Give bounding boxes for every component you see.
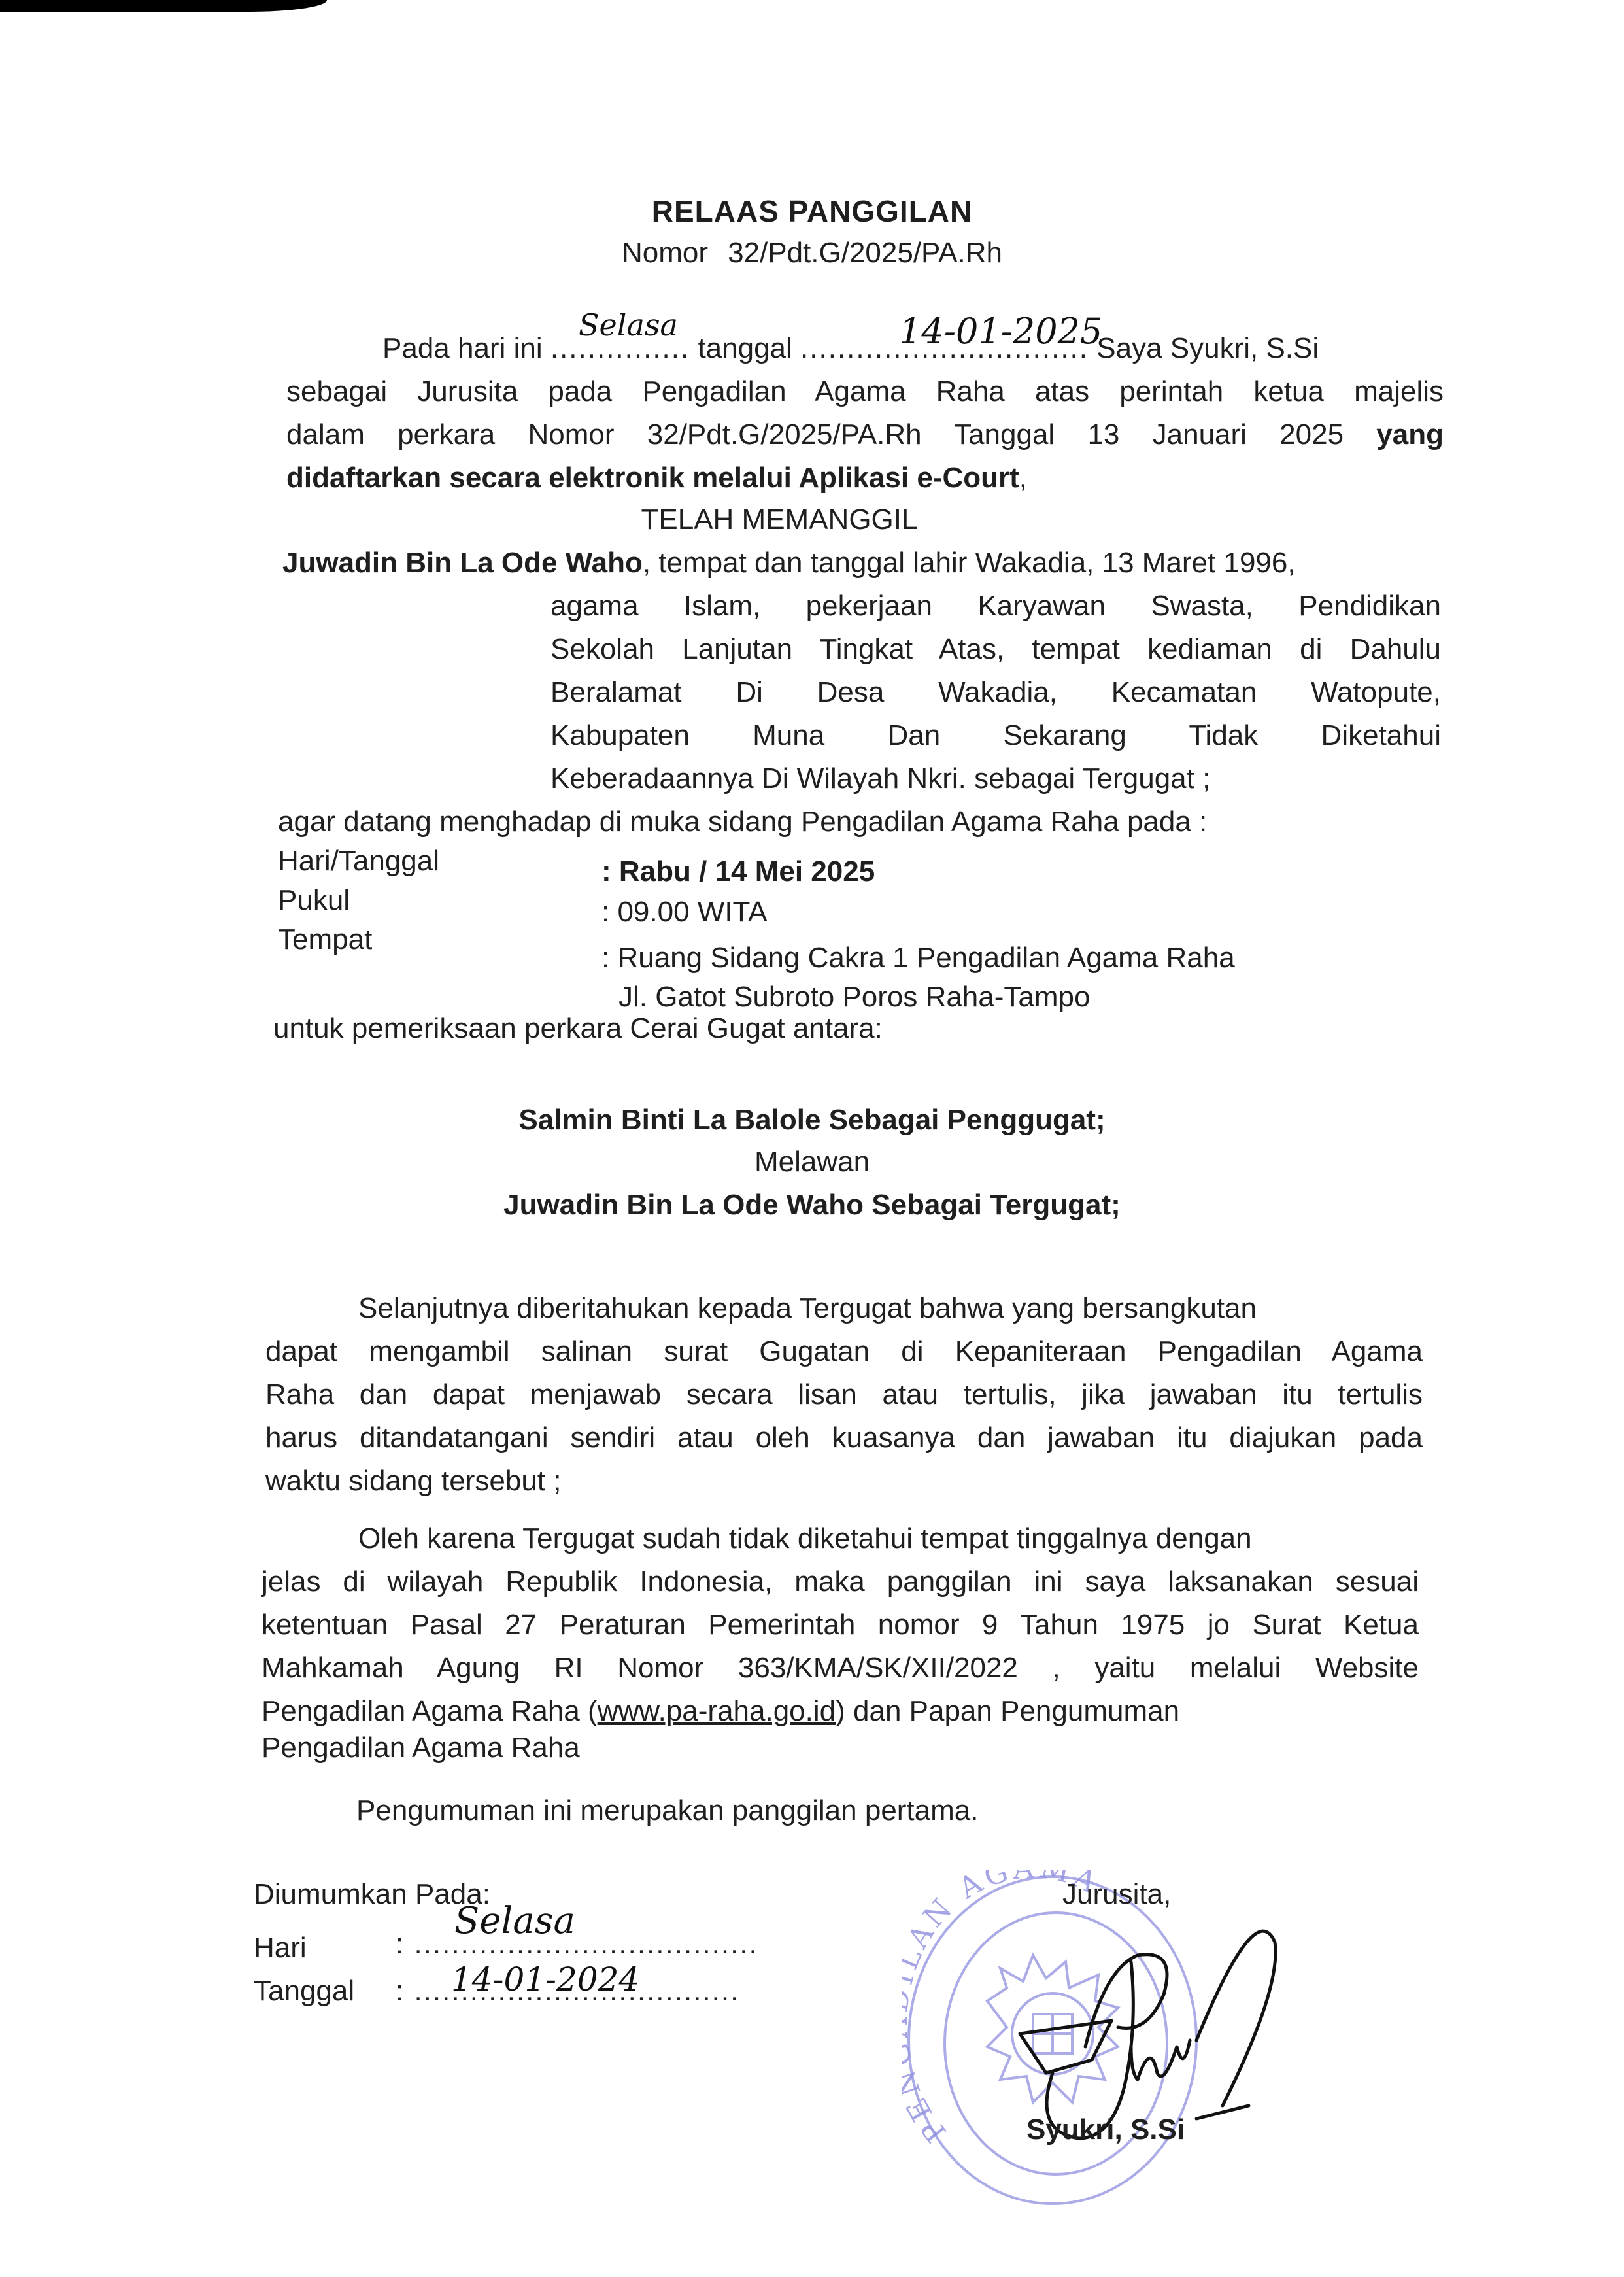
document-number-value: 32/Pdt.G/2025/PA.Rh: [728, 237, 1002, 269]
announcement-day-label: Hari: [254, 1926, 307, 1970]
summoned-detail-1: agama Islam, pekerjaan Karyawan Swasta, …: [550, 585, 1441, 628]
paragraph1-last-line: waktu sidang tersebut ;: [265, 1460, 561, 1503]
paragraph1-line-4: harus ditandatangani sendiri atau oleh k…: [265, 1416, 1423, 1460]
hearing-time: 09.00 WITA: [617, 896, 767, 928]
signature-name: Syukri, S.Si: [1026, 2108, 1185, 2151]
handwritten-day: Selasa: [579, 307, 678, 343]
defendant-name: Juwadin Bin La Ode Waho: [282, 547, 643, 579]
hearing-label-date: Hari/Tanggal: [278, 840, 439, 883]
summoned-heading: TELAH MEMANGGIL: [0, 498, 1591, 541]
announcement-date-label: Tanggal: [254, 1970, 354, 2013]
opening-line-3-text: dalam perkara Nomor 32/Pdt.G/2025/PA.Rh …: [286, 419, 1344, 451]
opening-line-4: didaftarkan secara elektronik melalui Ap…: [286, 456, 1027, 500]
summoned-detail-3: Beralamat Di Desa Wakadia, Kecamatan Wat…: [550, 671, 1441, 714]
paragraph2-line-2: jelas di wilayah Republik Indonesia, mak…: [262, 1560, 1419, 1603]
handwritten-date: 14-01-2025: [899, 311, 1102, 352]
hearing-purpose: untuk pemeriksaan perkara Cerai Gugat an…: [273, 1007, 883, 1050]
document-title: RELAAS PANGGILAN: [0, 194, 1624, 229]
summoned-detail-4: Kabupaten Muna Dan Sekarang Tidak Diketa…: [550, 714, 1441, 757]
hearing-value-place: : Ruang Sidang Cakra 1 Pengadilan Agama …: [601, 936, 1235, 980]
website-prefix: Pengadilan Agama Raha (: [262, 1695, 598, 1727]
bailiff-intro: Saya Syukri, S.Si: [1096, 332, 1319, 364]
paragraph2-last-line: Pengadilan Agama Raha: [262, 1726, 580, 1770]
plaintiff-line: Salmin Binti La Balole Sebagai Penggugat…: [0, 1099, 1624, 1142]
paragraph1-line-3: Raha dan dapat menjawab secara lisan ata…: [265, 1373, 1423, 1416]
summoned-last-line: Keberadaannya Di Wilayah Nkri. sebagai T…: [550, 757, 1210, 800]
website-link[interactable]: www.pa-raha.go.id: [598, 1695, 836, 1727]
summoned-first-line: Juwadin Bin La Ode Waho, tempat dan tang…: [282, 541, 1296, 585]
opening-prefix: Pada hari ini: [382, 332, 543, 364]
comma: ,: [1019, 462, 1027, 494]
document-number-label: Nomor: [622, 237, 708, 269]
opening-line-3-bold: yang: [1376, 419, 1444, 451]
paragraph1-line-1: Selanjutnya diberitahukan kepada Terguga…: [358, 1287, 1257, 1330]
scan-edge-artifact: [0, 0, 327, 12]
summoned-detail-2: Sekolah Lanjutan Tingkat Atas, tempat ke…: [550, 628, 1441, 671]
document-number: Nomor32/Pdt.G/2025/PA.Rh: [0, 237, 1624, 269]
hearing-date: Rabu / 14 Mei 2025: [619, 855, 875, 887]
paragraph1-line-2: dapat mengambil salinan surat Gugatan di…: [265, 1330, 1423, 1373]
hearing-place: Ruang Sidang Cakra 1 Pengadilan Agama Ra…: [617, 942, 1234, 974]
announcement-day-handwritten: Selasa: [454, 1900, 575, 1942]
opening-line-2: sebagai Jurusita pada Pengadilan Agama R…: [286, 370, 1444, 413]
hearing-label-place: Tempat: [278, 918, 372, 961]
hearing-label-time: Pukul: [278, 879, 350, 922]
announcement-date-handwritten: 14-01-2024: [451, 1960, 639, 1998]
website-suffix: ) dan Papan Pengumuman: [836, 1695, 1179, 1727]
defendant-birth: , tempat dan tanggal lahir Wakadia, 13 M…: [643, 547, 1296, 579]
announcement-day-dots: : .....................................: [396, 1923, 758, 1966]
defendant-line: Juwadin Bin La Ode Waho Sebagai Tergugat…: [0, 1184, 1624, 1227]
hearing-value-time: : 09.00 WITA: [601, 891, 768, 934]
closing-note: Pengumuman ini merupakan panggilan perta…: [356, 1789, 978, 1832]
paragraph2-line-4: Mahkamah Agung RI Nomor 363/KMA/SK/XII/2…: [262, 1647, 1419, 1690]
opening-line-1: Pada hari ini ............... tanggal ..…: [382, 327, 1319, 370]
ecourt-statement: didaftarkan secara elektronik melalui Ap…: [286, 462, 1019, 494]
tanggal-label: tanggal: [698, 332, 792, 364]
hearing-intro: agar datang menghadap di muka sidang Pen…: [278, 800, 1207, 844]
paragraph2-line-1: Oleh karena Tergugat sudah tidak diketah…: [358, 1517, 1252, 1560]
hearing-value-date: : Rabu / 14 Mei 2025: [601, 850, 875, 893]
opening-line-3: dalam perkara Nomor 32/Pdt.G/2025/PA.Rh …: [286, 413, 1444, 456]
paragraph2-line-3: ketentuan Pasal 27 Peraturan Pemerintah …: [262, 1603, 1419, 1647]
versus-line: Melawan: [0, 1140, 1624, 1184]
